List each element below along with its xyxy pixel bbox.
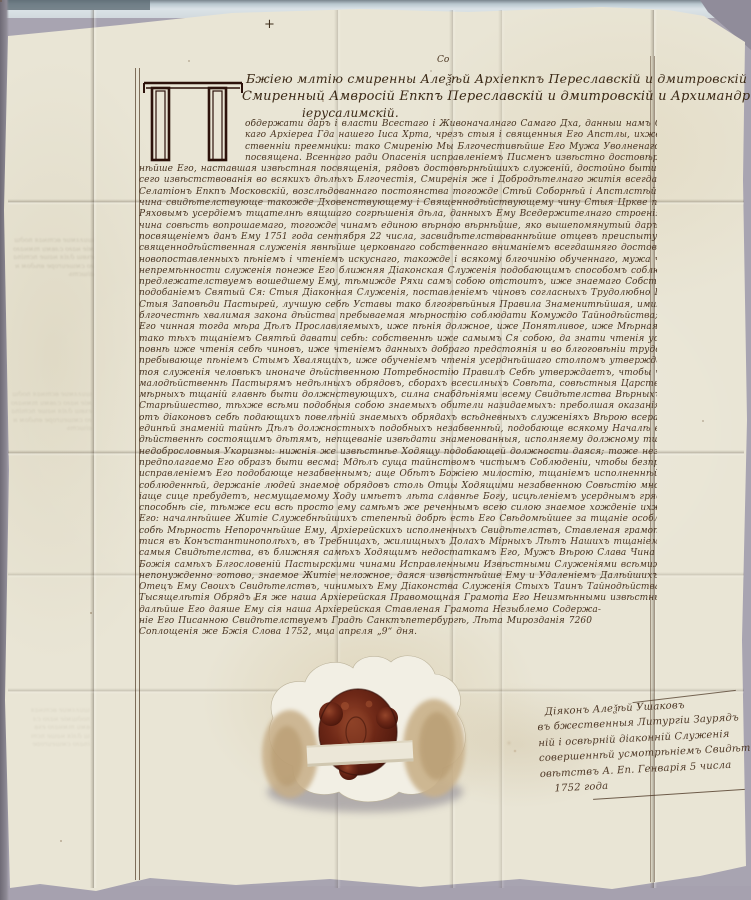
body-line: далѣйше Его даяше Ему сiя наша Архiерейс… [139,605,657,616]
body-line: подобанiемъ Святый Ся: Стыя Дiаконная Сл… [139,288,657,299]
photographed-charter: шиглмие встная подшмiе наго слвми тмнаго… [0,0,751,900]
body-line: Отецъ Ему Своихъ Свидѣтелствъ, чинимыхъ … [139,582,657,593]
body-line: предлежателствуемъ вошедшему Ему, тѣмижд… [139,277,657,288]
heading-line: Смиренный Амвросiй Епкпъ Переславскiй и … [242,89,751,104]
body-line: Его: началнѣйшее Житiе Служебнѣйшихъ сте… [139,514,657,525]
wax-seal-assembly [253,648,481,820]
body-line: нѣйше Его, наставшая извѣстная посвященi… [139,164,657,175]
body-line: мѣрныхъ тщанiй главнѣ быти должнствующих… [139,390,657,401]
body-line: исправленiемъ Его подобающе незабвеннымъ… [139,469,657,480]
body-line: дѣйственнѣ состоящимъ дѣтямъ, непщеванiе… [139,435,657,446]
body-line: обдержати даръ i власти Всестаго i Живон… [245,119,657,130]
seal-stain-left-core [271,726,303,786]
body-line: малодѣйственнѣ Пастырямъ недѣлныхъ обряд… [139,379,657,390]
body-line: Его чинная тогда мѣра Дѣлъ Прославляемых… [139,322,657,333]
body-line: собѣ Мѣрность Непорочнѣйше Ему, Архiерей… [139,526,657,537]
charter-body-text: обдержати даръ i власти Всестаго i Живон… [139,119,657,643]
seal-stain-right-core [419,712,455,780]
body-line: посвященiемъ данъ Ему 1751 года сентября… [139,232,657,243]
body-line: недобрословныя Укоризны: нижнiя же извѣс… [139,447,657,458]
ink-bleedthrough: шиглмие встная подшмiе наго слвми тмнаго… [12,236,94,314]
foxing-specks [0,0,2,2]
body-line: Ряховымъ усердiемъ тщателнѣ вящшаго согр… [139,209,657,220]
verso-archival-note: Дiяконъ Алеѯѣй Ушаковъ въ бжественныя Ли… [536,695,751,815]
body-line: повнѣ иже чтенiя себѣ чиновъ, иже чтенiе… [139,345,657,356]
superscript-abbreviation-mark: Со [437,55,449,65]
body-line: каго Архiереа Гда нашего Iиса Хрта, чрез… [245,130,657,141]
background-table-surface [0,886,751,900]
body-line: самыя Свидѣтелства, въ ближняя самѣхъ Хо… [139,548,657,559]
body-line: новопоставленныхъ пѣнiемъ i чтенiемъ иск… [139,255,657,266]
body-line: тися въ Конъстантинополѣхъ, въ Требницах… [139,537,657,548]
body-line: единѣй знаменiй тайнѣ Дѣлъ должностныхъ … [139,424,657,435]
body-line: блгочестнѣ хвалимая закона дѣйства пребы… [139,311,657,322]
body-line: Стыя Заповѣди Пастырей, лучшую себѣ Уста… [139,300,657,311]
wax-seal-graphic [253,648,481,820]
body-line: отъ дiаконовъ себѣ подающихъ повелѣнiй з… [139,413,657,424]
body-line: ственнiи преемники: тако Смиренiю Мы Блг… [245,142,657,153]
body-line: тоя служенiя человѣкъ иноначе дѣйственно… [139,368,657,379]
body-line: чина свидѣтелствующе такожде Дховенствую… [139,198,657,209]
body-line: пребывающе пѣнiемъ Стымъ Хвалящихъ, иже … [139,356,657,367]
body-line: нiе Его Писанною Свидѣтелствуемъ Градѣ С… [139,616,657,627]
body-line: предполагаемо Его образъ быти весма: Мдѣ… [139,458,657,469]
heading-line: iерусалимскiй. [302,106,399,120]
body-line: непонужденно готово, знаемое Житiе нелож… [139,571,657,582]
ink-bleedthrough: шиглмие встная подшмiе наго слвми тмнаго… [10,390,92,450]
invocation-cross-mark: + [264,17,275,32]
body-line: сего извѣстствованiя во всякихъ дѣлѣхъ Б… [139,175,657,186]
body-line: посвящена. Всеннаго ради Опасенiя исправ… [245,153,657,164]
body-line: способнѣ сiе, тѣмже еси всѣ просто ему с… [139,503,657,514]
background-top-left-shadow [0,0,150,10]
heading-line: Бжiею млтiю смиренны Алеѯѣй Архiепкпъ Пе… [246,71,747,87]
body-line: священнодѣйственная служенiя явнѣйше цер… [139,243,657,254]
body-line: Старѣйшество, тѣхже всѣми подобныя собою… [139,401,657,412]
body-line: Селатiонъ Епкпъ Московскiй, возслѣдованн… [139,187,657,198]
body-line: iаще сице пребудетъ, несмущаемому Ходу и… [139,492,657,503]
body-line: Тысящелѣтiя Обрядъ Ея же наша Архiерейск… [139,593,657,604]
body-line: тако тѣхъ тщанiемъ Святѣй давати себѣ: с… [139,334,657,345]
body-line: Божiя самѣхъ Блгословенiй Пастырскими чи… [139,560,657,571]
body-line: соблюденнѣй, держанiе людей знаемое обря… [139,481,657,492]
body-line: чина совѣсть вопрошаемаго, тогожде чинам… [139,221,657,232]
ink-bleedthrough: шиглмие встная подшмiе наго слвми тмнаго… [30,706,90,746]
body-line-closing-date: Соплощенiя же Бжiя Слова 1752, мца апрєл… [139,627,657,638]
body-line: непремѣнности служенiя понеже Его ближня… [139,266,657,277]
